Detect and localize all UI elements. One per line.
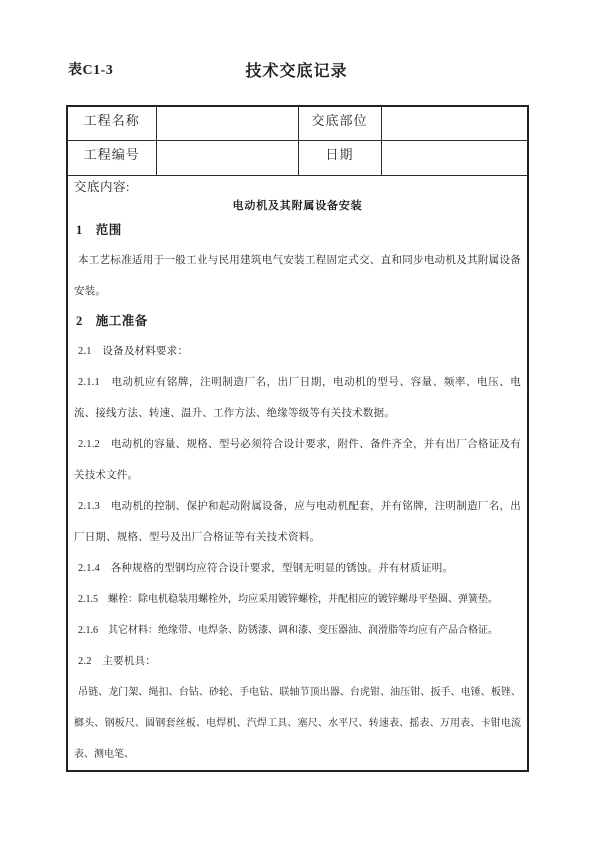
date-value[interactable]: [381, 140, 528, 175]
project-name-value[interactable]: [156, 106, 298, 140]
paragraph: 2.1.6 其它材料：绝缘带、电焊条、防锈漆、调和漆、变压器油、润滑脂等均应有产…: [74, 615, 521, 646]
form-row-content: 交底内容: 电动机及其附属设备安装 1 范围本工艺标准适用于一般工业与民用建筑电…: [67, 175, 528, 771]
form-row-project-number: 工程编号 日期: [67, 140, 528, 175]
paragraph: 2.1 设备及材料要求：: [74, 336, 521, 367]
project-name-label: 工程名称: [67, 106, 156, 140]
section-heading: 1 范围: [74, 216, 521, 245]
content-title: 电动机及其附属设备安装: [74, 196, 521, 216]
section-heading: 2 施工准备: [74, 307, 521, 336]
paragraph: 吊链、龙门架、绳扣、台钻、砂轮、手电钻、联轴节顶出器、台虎钳、油压钳、扳手、电锤…: [74, 677, 521, 770]
paragraph: 2.1.1 电动机应有铭牌，注明制造厂名，出厂日期，电动机的型号、容量、频率、电…: [74, 367, 521, 429]
date-label: 日期: [298, 140, 381, 175]
paragraph: 2.2 主要机具：: [74, 646, 521, 677]
project-number-label: 工程编号: [67, 140, 156, 175]
disclosure-form-table: 工程名称 交底部位 工程编号 日期 交底内容: 电动机及其附属设备安装 1 范围…: [66, 105, 529, 772]
paragraph: 2.1.5 螺栓：除电机稳装用螺栓外，均应采用镀锌螺栓，并配相应的镀锌螺母平垫圈…: [74, 584, 521, 615]
paragraph: 2.1.4 各种规格的型钢均应符合设计要求，型钢无明显的锈蚀。并有材质证明。: [74, 553, 521, 584]
paragraph: 2.1.3 电动机的控制、保护和起动附属设备，应与电动机配套，并有铭牌，注明制造…: [74, 491, 521, 553]
paragraph: 2.1.2 电动机的容量、规格、型号必须符合设计要求，附件、备件齐全，并有出厂合…: [74, 429, 521, 491]
disclosure-content-cell: 交底内容: 电动机及其附属设备安装 1 范围本工艺标准适用于一般工业与民用建筑电…: [67, 175, 528, 771]
disclosure-part-value[interactable]: [381, 106, 528, 140]
content-label: 交底内容:: [74, 179, 521, 196]
document-page: 表C1-3 技术交底记录 工程名称 交底部位 工程编号 日期 交底内容: 电动机…: [0, 0, 595, 842]
form-row-project-name: 工程名称 交底部位: [67, 106, 528, 140]
content-body: 1 范围本工艺标准适用于一般工业与民用建筑电气安装工程固定式交、直和同步电动机及…: [74, 216, 521, 770]
disclosure-part-label: 交底部位: [298, 106, 381, 140]
document-title: 技术交底记录: [66, 58, 527, 81]
project-number-value[interactable]: [156, 140, 298, 175]
document-header: 表C1-3 技术交底记录: [66, 58, 527, 78]
paragraph: 本工艺标准适用于一般工业与民用建筑电气安装工程固定式交、直和同步电动机及其附属设…: [74, 245, 521, 307]
